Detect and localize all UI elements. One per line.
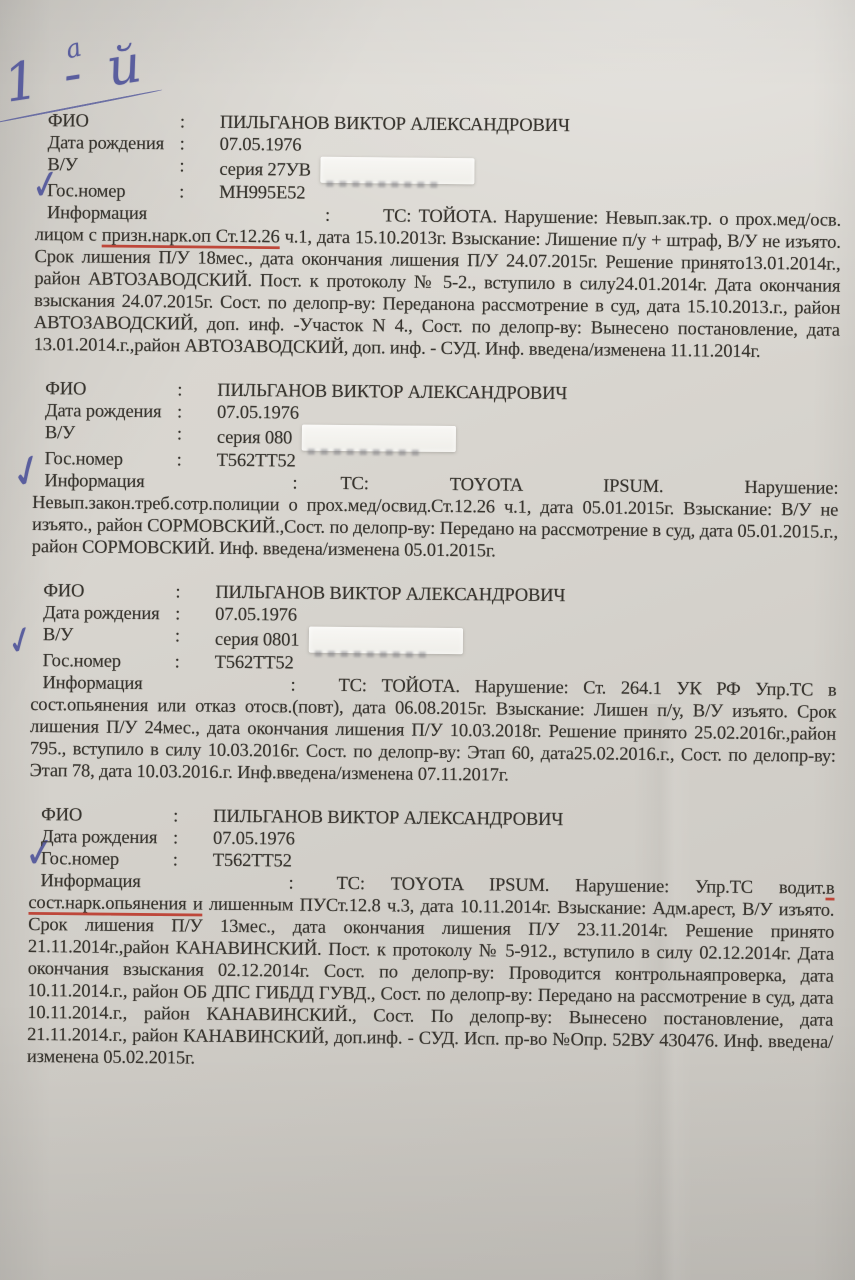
violation-record-4: ФИО:ПИЛЬГАНОВ ВИКТОР АЛЕКСАНДРОВИЧ Дата …: [27, 804, 835, 1076]
colon: :: [173, 805, 213, 827]
colon: :: [179, 181, 219, 203]
colon: :: [292, 472, 340, 494]
dob-label: Дата рождения: [41, 826, 173, 849]
license-series: серия 080: [217, 428, 293, 449]
handwritten-page-mark: 1 - й: [0, 33, 150, 115]
colon: :: [325, 205, 383, 228]
redaction-box: [302, 425, 456, 452]
license-value: серия 080: [217, 424, 839, 456]
violation-record-3: ФИО:ПИЛЬГАНОВ ВИКТОР АЛЕКСАНДРОВИЧ Дата …: [30, 580, 838, 790]
info-text: ТС: TOYOTA IPSUM. Нарушение: Упр.ТС води…: [336, 874, 826, 899]
violation-record-2: ФИО:ПИЛЬГАНОВ ВИКТОР АЛЕКСАНДРОВИЧ Дата …: [32, 378, 840, 566]
plate-label: Гос.номер: [47, 180, 179, 203]
license-label: В/У: [43, 624, 175, 651]
colon: :: [180, 133, 220, 155]
photo-background: а 1 - й ✓ ✓ ✓ ✓ ФИО:ПИЛЬГАНОВ ВИКТОР АЛЕ…: [0, 0, 855, 1280]
license-label: В/У: [47, 154, 179, 181]
colon: :: [175, 581, 215, 603]
fio-label: ФИО: [48, 110, 180, 133]
info-text: лишенным ПУСт.12.8 ч.3, дата 10.11.2014г…: [27, 895, 835, 1069]
license-series: серия 27УВ: [219, 160, 311, 181]
colon: :: [175, 625, 215, 651]
document: ФИО:ПИЛЬГАНОВ ВИКТОР АЛЕКСАНДРОВИЧ Дата …: [27, 110, 842, 1098]
license-label: В/У: [45, 422, 177, 449]
info-label: Информация: [28, 870, 288, 894]
colon: :: [177, 449, 217, 471]
colon: :: [173, 827, 213, 849]
colon: :: [290, 674, 338, 696]
info-label: Информация: [35, 202, 325, 227]
dob-label: Дата рождения: [43, 602, 175, 625]
colon: :: [173, 849, 213, 871]
plate-label: Гос.номер: [43, 650, 175, 673]
fio-label: ФИО: [43, 580, 175, 603]
plate-label: Гос.номер: [41, 848, 173, 871]
violation-record-1: ФИО:ПИЛЬГАНОВ ВИКТОР АЛЕКСАНДРОВИЧ Дата …: [34, 110, 842, 364]
colon: :: [180, 111, 220, 133]
info-paragraph: Информация:ТС: TOYOTA IPSUM. Нарушение: …: [27, 870, 835, 1076]
info-paragraph: Информация:ТС: TOYOTA IPSUM. Нарушение: …: [32, 470, 839, 566]
info-paragraph: Информация:ТС: ТОЙОТА. Нарушение: Ст. 26…: [30, 672, 837, 790]
colon: :: [175, 603, 215, 625]
info-label: Информация: [32, 470, 292, 494]
redaction-box: [321, 157, 475, 184]
colon: :: [177, 423, 217, 449]
colon: :: [179, 155, 219, 181]
redaction-box: [309, 627, 463, 654]
colon: :: [177, 401, 217, 423]
dob-label: Дата рождения: [45, 400, 177, 423]
license-series: серия 0801: [215, 630, 300, 651]
red-underlined-text: призн.нарк.оп Ст.12.26: [102, 226, 280, 250]
colon: :: [175, 651, 215, 673]
fio-label: ФИО: [45, 378, 177, 401]
info-text: ч.1, дата 15.10.2013г. Взыскание: Лишени…: [34, 227, 841, 362]
info-paragraph: Информация:ТС: ТОЙОТА. Нарушение: Невып.…: [34, 202, 841, 364]
colon: :: [177, 379, 217, 401]
dob-label: Дата рождения: [48, 132, 180, 155]
colon: :: [288, 872, 336, 894]
fio-label: ФИО: [41, 804, 173, 827]
plate-label: Гос.номер: [45, 448, 177, 471]
info-label: Информация: [30, 672, 290, 696]
